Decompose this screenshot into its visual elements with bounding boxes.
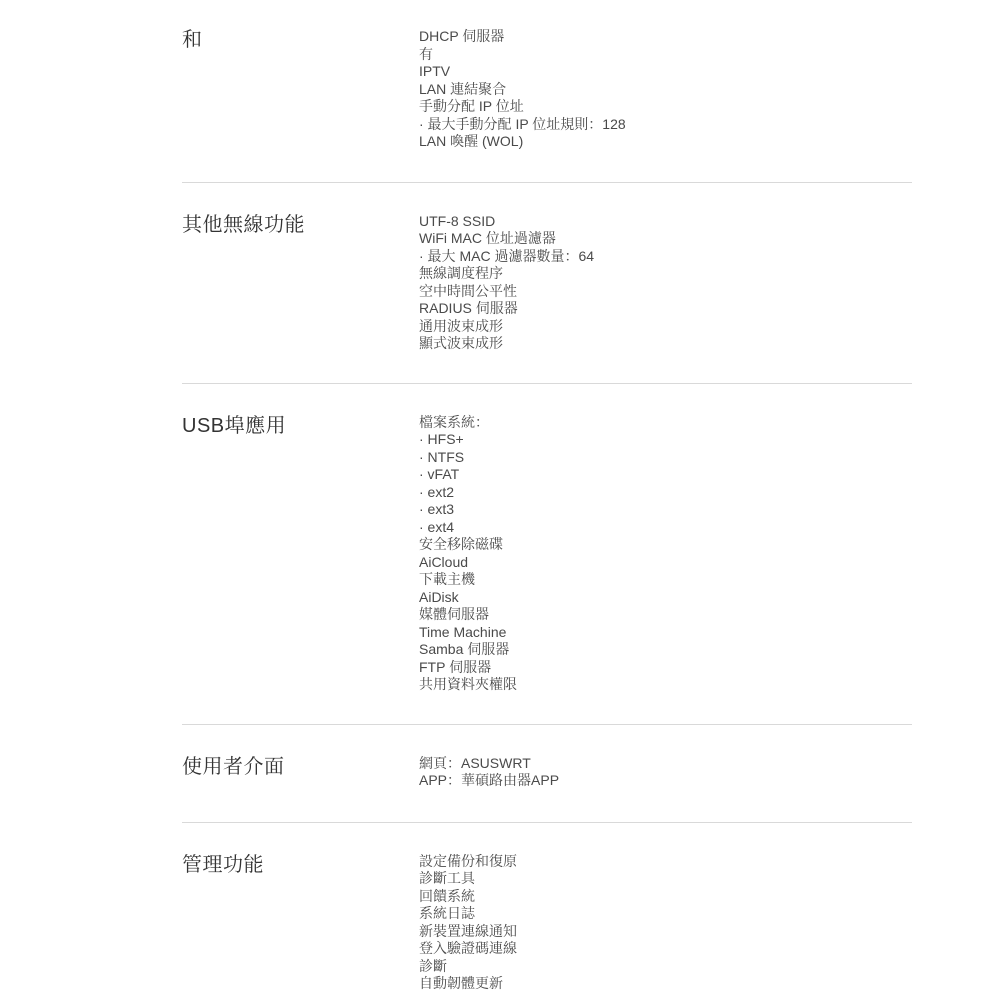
spec-value-line: 有: [419, 46, 912, 64]
spec-value-line: · ext3: [419, 501, 912, 519]
spec-row-values: 檔案系統：· HFS+· NTFS· vFAT· ext2· ext3· ext…: [419, 414, 912, 694]
spec-value-line: Time Machine: [419, 624, 912, 642]
spec-value-line: 顯式波束成形: [419, 335, 912, 353]
spec-value-line: 空中時間公平性: [419, 283, 912, 301]
spec-value-line: 登入驗證碼連線: [419, 940, 912, 958]
spec-table: 和 DHCP 伺服器有IPTVLAN 連結聚合手動分配 IP 位址· 最大手動分…: [182, 0, 912, 993]
spec-row-values: UTF-8 SSIDWiFi MAC 位址過濾器· 最大 MAC 過濾器數量：6…: [419, 213, 912, 353]
spec-value-line: 媒體伺服器: [419, 606, 912, 624]
spec-value-line: · vFAT: [419, 466, 912, 484]
spec-value-line: · ext4: [419, 519, 912, 537]
spec-row-label: 使用者介面: [182, 755, 419, 779]
spec-value-line: 共用資料夾權限: [419, 676, 912, 694]
spec-value-line: · ext2: [419, 484, 912, 502]
spec-value-line: 設定備份和復原: [419, 853, 912, 871]
spec-value-line: IPTV: [419, 63, 912, 81]
spec-value-line: 下載主機: [419, 571, 912, 589]
spec-value-line: 新裝置連線通知: [419, 923, 912, 941]
spec-value-line: · HFS+: [419, 431, 912, 449]
spec-value-line: 回饋系統: [419, 888, 912, 906]
spec-row-label: 和: [182, 28, 419, 52]
spec-row-values: 網頁：ASUSWRTAPP：華碩路由器APP: [419, 755, 912, 790]
spec-value-line: · NTFS: [419, 449, 912, 467]
spec-value-line: LAN 喚醒 (WOL): [419, 133, 912, 151]
spec-row: 管理功能 設定備份和復原診斷工具回饋系統系統日誌新裝置連線通知登入驗證碼連線診斷…: [182, 822, 912, 993]
spec-row: 和 DHCP 伺服器有IPTVLAN 連結聚合手動分配 IP 位址· 最大手動分…: [182, 0, 912, 182]
spec-value-line: 無線調度程序: [419, 265, 912, 283]
spec-value-line: 診斷工具: [419, 870, 912, 888]
spec-value-line: APP：華碩路由器APP: [419, 772, 912, 790]
spec-row-label: 其他無線功能: [182, 213, 419, 237]
spec-value-line: · 最大 MAC 過濾器數量：64: [419, 248, 912, 266]
spec-row-label: 管理功能: [182, 853, 419, 877]
spec-value-line: 網頁：ASUSWRT: [419, 755, 912, 773]
spec-value-line: UTF-8 SSID: [419, 213, 912, 231]
spec-value-line: RADIUS 伺服器: [419, 300, 912, 318]
spec-value-line: 系統日誌: [419, 905, 912, 923]
spec-row-values: 設定備份和復原診斷工具回饋系統系統日誌新裝置連線通知登入驗證碼連線診斷自動韌體更…: [419, 853, 912, 993]
spec-value-line: Samba 伺服器: [419, 641, 912, 659]
spec-value-line: FTP 伺服器: [419, 659, 912, 677]
spec-row: 使用者介面 網頁：ASUSWRTAPP：華碩路由器APP: [182, 724, 912, 822]
spec-value-line: AiCloud: [419, 554, 912, 572]
spec-value-line: 診斷: [419, 958, 912, 976]
spec-row-label: USB埠應用: [182, 414, 419, 438]
spec-row: 其他無線功能 UTF-8 SSIDWiFi MAC 位址過濾器· 最大 MAC …: [182, 182, 912, 383]
spec-value-line: 自動韌體更新: [419, 975, 912, 993]
spec-row-values: DHCP 伺服器有IPTVLAN 連結聚合手動分配 IP 位址· 最大手動分配 …: [419, 28, 912, 151]
spec-value-line: 檔案系統：: [419, 414, 912, 432]
spec-value-line: 通用波束成形: [419, 318, 912, 336]
spec-value-line: WiFi MAC 位址過濾器: [419, 230, 912, 248]
spec-page: 和 DHCP 伺服器有IPTVLAN 連結聚合手動分配 IP 位址· 最大手動分…: [0, 0, 1000, 1000]
spec-value-line: 手動分配 IP 位址: [419, 98, 912, 116]
spec-value-line: LAN 連結聚合: [419, 81, 912, 99]
spec-row: USB埠應用 檔案系統：· HFS+· NTFS· vFAT· ext2· ex…: [182, 383, 912, 724]
spec-value-line: AiDisk: [419, 589, 912, 607]
spec-value-line: · 最大手動分配 IP 位址規則：128: [419, 116, 912, 134]
spec-value-line: 安全移除磁碟: [419, 536, 912, 554]
spec-value-line: DHCP 伺服器: [419, 28, 912, 46]
